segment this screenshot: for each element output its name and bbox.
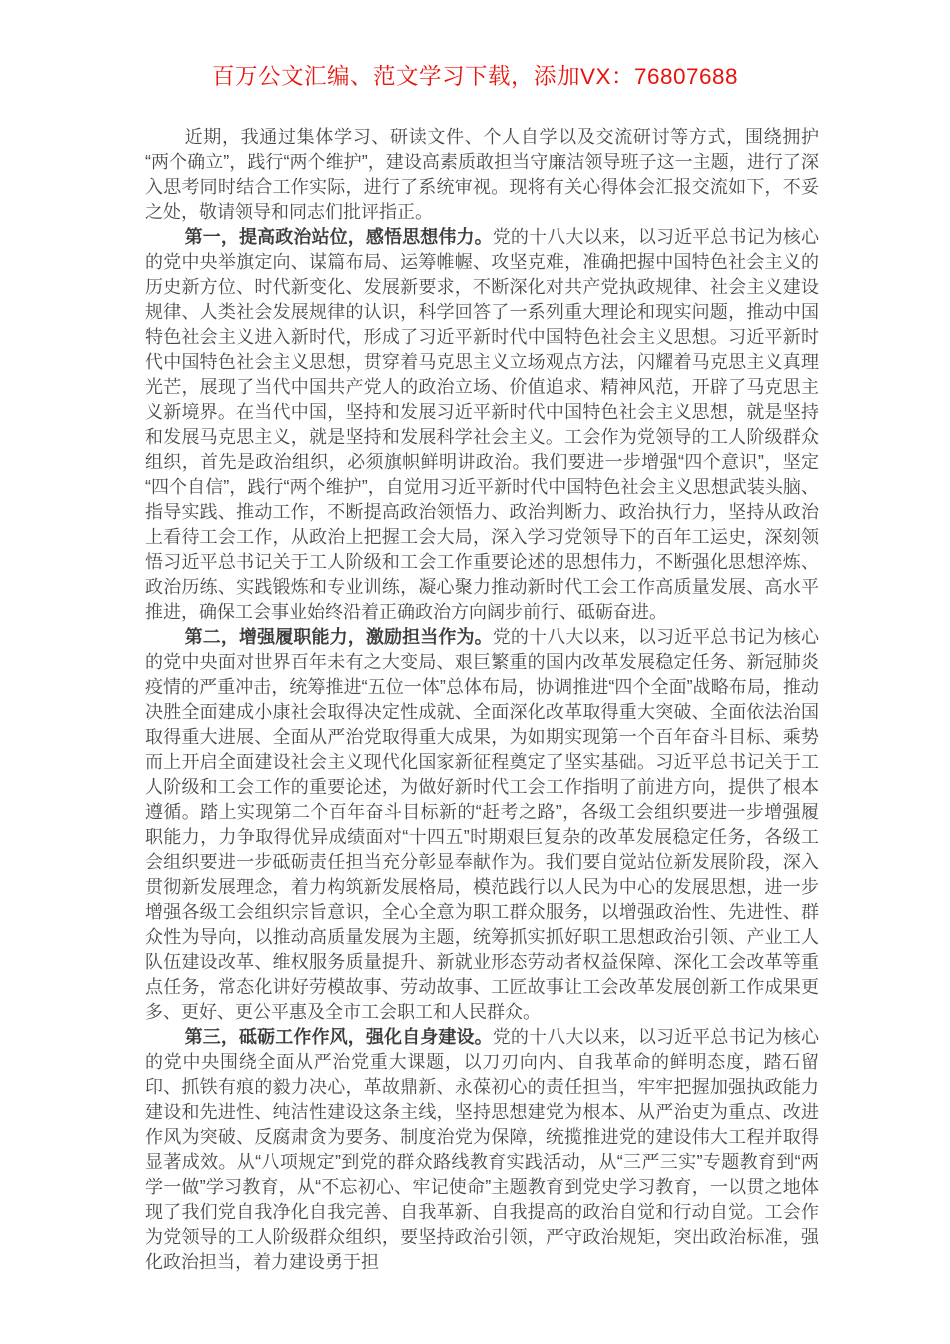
paragraph-second-point: 第二，增强履职能力，激励担当作为。党的十八大以来，以习近平总书记为核心的党中央面… — [145, 625, 819, 1025]
paragraph-first-point: 第一，提高政治站位，感悟思想伟力。党的十八大以来，以习近平总书记为核心的党中央举… — [145, 225, 819, 625]
paragraph-intro-text: 近期，我通过集体学习、研读文件、个人自学以及交流研讨等方式，围绕拥护“两个确立”… — [145, 127, 819, 222]
paragraph-third-point-text: 党的十八大以来，以习近平总书记为核心的党中央围绕全面从严治党重大课题，以刀刃向内… — [145, 1027, 819, 1272]
paragraph-second-point-heading: 第二，增强履职能力，激励担当作为。 — [185, 627, 493, 647]
paragraph-first-point-heading: 第一，提高政治站位，感悟思想伟力。 — [185, 227, 493, 247]
document-body: 近期，我通过集体学习、研读文件、个人自学以及交流研讨等方式，围绕拥护“两个确立”… — [145, 125, 819, 1275]
paragraph-third-point: 第三，砥砺工作作风，强化自身建设。党的十八大以来，以习近平总书记为核心的党中央围… — [145, 1025, 819, 1275]
ad-banner-text: 百万公文汇编、范文学习下载，添加VX：76807688 — [0, 0, 950, 92]
paragraph-third-point-heading: 第三，砥砺工作作风，强化自身建设。 — [185, 1027, 493, 1047]
paragraph-second-point-text: 党的十八大以来，以习近平总书记为核心的党中央面对世界百年未有之大变局、艰巨繁重的… — [145, 627, 819, 1022]
paragraph-intro: 近期，我通过集体学习、研读文件、个人自学以及交流研讨等方式，围绕拥护“两个确立”… — [145, 125, 819, 225]
paragraph-first-point-text: 党的十八大以来，以习近平总书记为核心的党中央举旗定向、谋篇布局、运筹帷幄、攻坚克… — [145, 227, 819, 622]
document-page: 百万公文汇编、范文学习下载，添加VX：76807688 近期，我通过集体学习、研… — [0, 0, 950, 1344]
